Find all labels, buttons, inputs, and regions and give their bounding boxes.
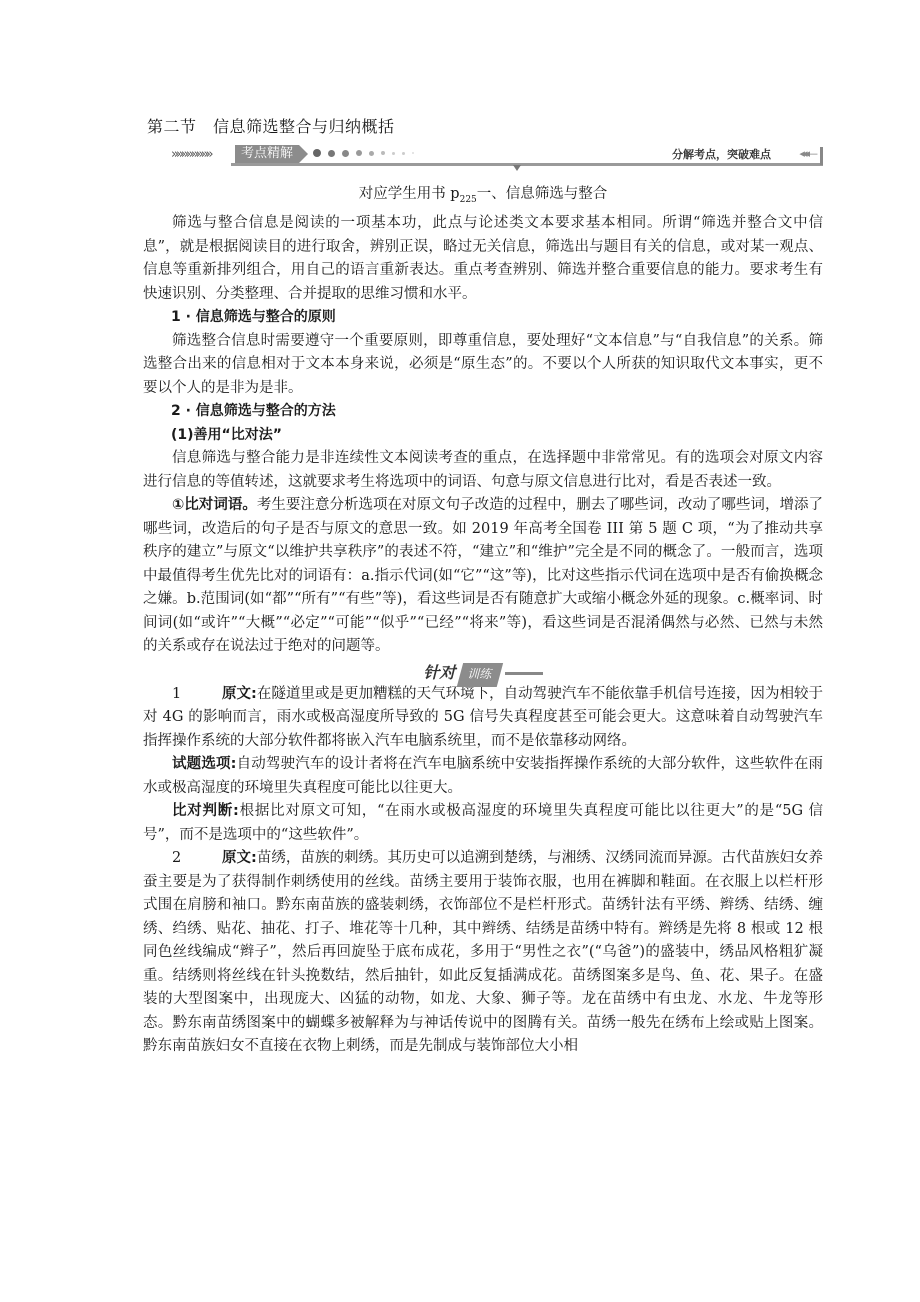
judge-label: 比对判断: <box>172 803 239 819</box>
exercise-number: 1 <box>172 683 222 707</box>
banner-tag: 考点精解 <box>235 145 299 163</box>
section-banner: »»»»»»»» 考点精解 分解考点，突破难点 ◂◂◂— <box>143 145 823 167</box>
heading-principle: 1 · 信息筛选与整合的原则 <box>143 306 823 330</box>
down-triangle-icon <box>513 165 521 171</box>
exercise-1-option: 试题选项:自动驾驶汽车的设计者将在汽车电脑系统中安装指挥操作系统的大部分软件，这… <box>143 753 823 800</box>
subheading-compare: (1)善用“比对法” <box>143 424 823 448</box>
main-content: 对应学生用书 p225一、信息筛选与整合 筛选与整合信息是阅读的一项基本功，此点… <box>143 183 823 1059</box>
exercise-1-original: 1原文:在隧道里或是更加糟糕的天气环境下，自动驾驶汽车不能依靠手机信号连接，因为… <box>143 683 823 754</box>
dots-decoration-icon <box>313 149 414 157</box>
ref-heading: 一、信息筛选与整合 <box>477 186 608 202</box>
option-label: 试题选项: <box>172 756 236 772</box>
banner-rule <box>231 163 823 166</box>
original-label: 原文: <box>222 686 257 702</box>
banner-right-text: 分解考点，突破难点 <box>672 146 771 162</box>
chevrons-icon: »»»»»»»» <box>171 147 211 162</box>
reference-line: 对应学生用书 p225一、信息筛选与整合 <box>143 183 823 212</box>
practice-rule <box>505 672 543 675</box>
exercise-1-judge: 比对判断:根据比对原文可知，“在雨水或极高湿度的环境里失真程度可能比以往更大”的… <box>143 800 823 847</box>
point-text: 考生要注意分析选项在对原文句子改造的过程中，删去了哪些词，改动了哪些词，增添了哪… <box>143 497 823 654</box>
practice-label-a: 针对 <box>423 663 455 682</box>
practice-banner: 针对 训练 <box>143 661 823 683</box>
practice-label-b: 训练 <box>457 663 503 687</box>
section-title: 第二节 信息筛选整合与归纳概括 <box>147 114 395 137</box>
intro-paragraph: 筛选与整合信息是阅读的一项基本功，此点与论述类文本要求基本相同。所谓“筛选并整合… <box>143 212 823 306</box>
point-label: ①比对词语。 <box>172 497 257 513</box>
ref-page: 225 <box>460 195 477 205</box>
exercise-2-original: 2原文:苗绣，苗族的刺绣。其历史可以追溯到楚绣，与湘绣、汉绣同流而异源。古代苗族… <box>143 847 823 1059</box>
original-text: 苗绣，苗族的刺绣。其历史可以追溯到楚绣，与湘绣、汉绣同流而异源。古代苗族妇女养蚕… <box>143 850 823 1054</box>
principle-paragraph: 筛选整合信息时需要遵守一个重要原则，即尊重信息，要处理好“文本信息”与“自我信息… <box>143 330 823 401</box>
original-label: 原文: <box>222 850 257 866</box>
heading-method: 2 · 信息筛选与整合的方法 <box>143 400 823 424</box>
compare-paragraph: 信息筛选与整合能力是非连续性文本阅读考查的重点，在选择题中非常常见。有的选项会对… <box>143 447 823 494</box>
ref-prefix: 对应学生用书 p <box>359 186 460 202</box>
exercise-number: 2 <box>172 847 222 871</box>
judge-text: 根据比对原文可知，“在雨水或极高湿度的环境里失真程度可能比以往更大”的是“5G … <box>143 803 823 843</box>
option-text: 自动驾驶汽车的设计者将在汽车电脑系统中安装指挥操作系统的大部分软件，这些软件在雨… <box>143 756 823 796</box>
banner-end-bar <box>820 147 823 165</box>
left-arrows-icon: ◂◂◂— <box>799 147 815 160</box>
compare-words-paragraph: ①比对词语。考生要注意分析选项在对原文句子改造的过程中，删去了哪些词，改动了哪些… <box>143 494 823 659</box>
